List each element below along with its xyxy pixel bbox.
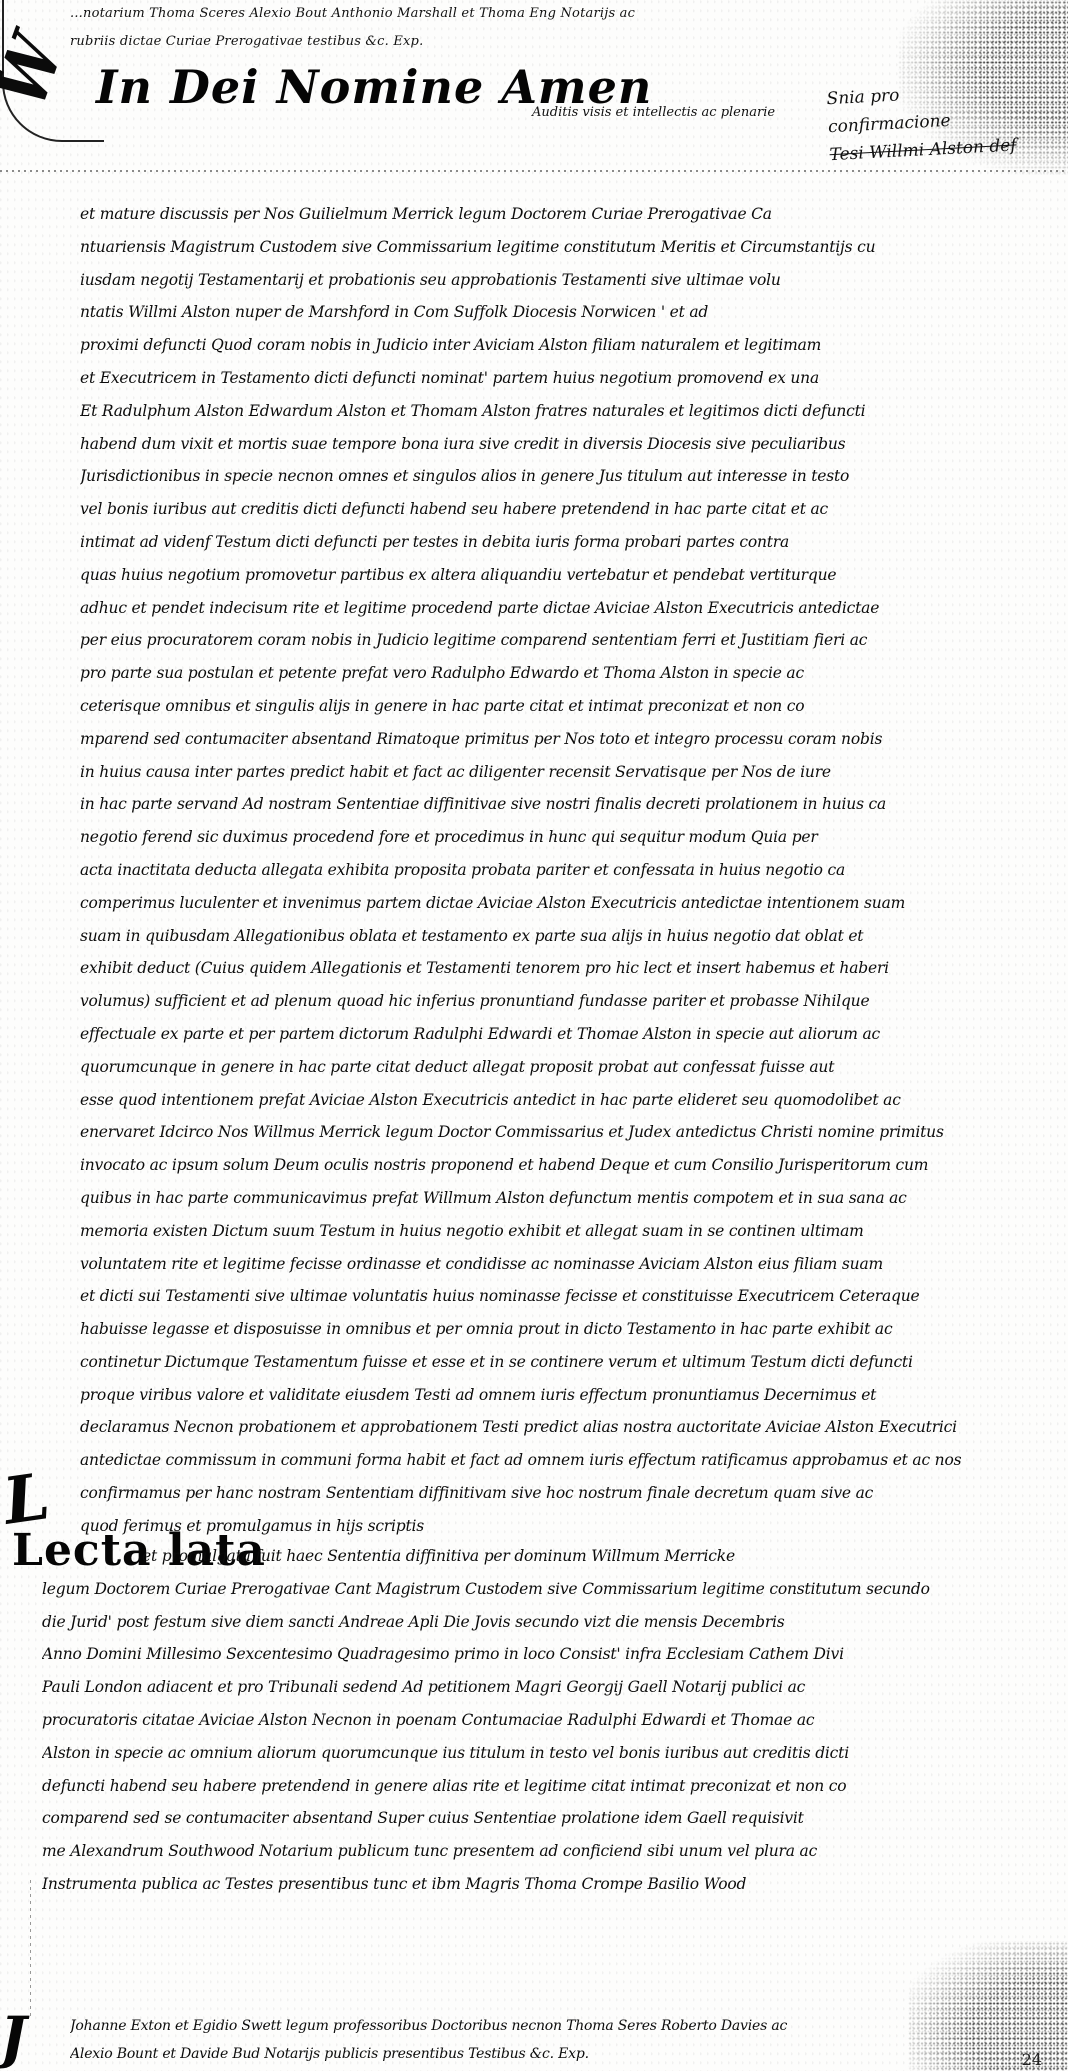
text-line: et Executricem in Testamento dicti defun…: [80, 362, 1050, 395]
text-line: enervaret Idcirco Nos Willmus Merrick le…: [80, 1116, 1050, 1149]
text-line: negotio ferend sic duximus procedend for…: [80, 821, 1050, 854]
text-line: declaramus Necnon probationem et approba…: [80, 1411, 1050, 1444]
scan-fold-line: [0, 170, 1068, 172]
text-line: Alston in specie ac omnium aliorum quoru…: [42, 1737, 1052, 1770]
text-line: mparend sed contumaciter absentand Rimat…: [80, 723, 1050, 756]
previous-entry-tail: ...notarium Thoma Sceres Alexio Bout Ant…: [70, 0, 830, 56]
text-line: voluntatem rite et legitime fecisse ordi…: [80, 1248, 1050, 1281]
text-line: Instrumenta publica ac Testes presentibu…: [42, 1868, 1052, 1901]
text-line: intimat ad videnf Testum dicti defuncti …: [80, 526, 1050, 559]
text-line: pro parte sua postulan et petente prefat…: [80, 657, 1050, 690]
text-line: volumus) sufficient et ad plenum quoad h…: [80, 985, 1050, 1018]
text-line: quas huius negotium promovetur partibus …: [80, 559, 1050, 592]
text-line: esse quod intentionem prefat Aviciae Als…: [80, 1084, 1050, 1117]
text-line: invocato ac ipsum solum Deum oculis nost…: [80, 1149, 1050, 1182]
margin-ruling: [30, 1880, 31, 2020]
text-line: et dicti sui Testamenti sive ultimae vol…: [80, 1280, 1050, 1313]
text-line: exhibit deduct (Cuius quidem Allegationi…: [80, 952, 1050, 985]
text-line: confirmamus per hanc nostram Sententiam …: [80, 1477, 1050, 1510]
text-line: ntatis Willmi Alston nuper de Marshford …: [80, 296, 1050, 329]
text-line: memoria existen Dictum suum Testum in hu…: [80, 1215, 1050, 1248]
text-line: in huius causa inter partes predict habi…: [80, 756, 1050, 789]
text-line: antedictae commissum in communi forma ha…: [80, 1444, 1050, 1477]
text-line: effectuale ex parte et per partem dictor…: [80, 1018, 1050, 1051]
text-line: ceterisque omnibus et singulis alijs in …: [80, 690, 1050, 723]
text-line: procuratoris citatae Aviciae Alston Necn…: [42, 1704, 1052, 1737]
text-line: Jurisdictionibus in specie necnon omnes …: [80, 460, 1050, 493]
text-line: vel bonis iuribus aut creditis dicti def…: [80, 493, 1050, 526]
text-line: Alexio Bount et Davide Bud Notarijs publ…: [70, 2040, 950, 2068]
text-line: legum Doctorem Curiae Prerogativae Cant …: [42, 1573, 1052, 1606]
text-line: defuncti habend seu habere pretendend in…: [42, 1770, 1052, 1803]
text-line: ntuariensis Magistrum Custodem sive Comm…: [80, 231, 1050, 264]
text-line: acta inactitata deducta allegata exhibit…: [80, 854, 1050, 887]
text-line: per eius procuratorem coram nobis in Jud…: [80, 624, 1050, 657]
heading-continuation: Auditis visis et intellectis ac plenarie: [532, 105, 775, 120]
witness-closing: Johanne Exton et Egidio Swett legum prof…: [70, 2012, 950, 2068]
promulgation-section: et promulgata fuit haec Sententia diffin…: [142, 1540, 1052, 1901]
margin-annotation: Snia pro confirmacione Tesi Willmi Alsto…: [826, 75, 1030, 169]
text-line: in hac parte servand Ad nostram Sententi…: [80, 788, 1050, 821]
text-line: me Alexandrum Southwood Notarium publicu…: [42, 1835, 1052, 1868]
text-line: Et Radulphum Alston Edwardum Alston et T…: [80, 395, 1050, 428]
text-line: Pauli London adiacent et pro Tribunali s…: [42, 1671, 1052, 1704]
manuscript-page: ...notarium Thoma Sceres Alexio Bout Ant…: [0, 0, 1068, 2071]
text-line: et promulgata fuit haec Sententia diffin…: [142, 1540, 1052, 1573]
text-line: habuisse legasse et disposuisse in omnib…: [80, 1313, 1050, 1346]
text-line: Anno Domini Millesimo Sexcentesimo Quadr…: [42, 1638, 1052, 1671]
text-line: suam in quibusdam Allegationibus oblata …: [80, 920, 1050, 953]
text-line: comperimus luculenter et invenimus parte…: [80, 887, 1050, 920]
text-line: proque viribus valore et validitate eius…: [80, 1379, 1050, 1412]
text-line: continetur Dictumque Testamentum fuisse …: [80, 1346, 1050, 1379]
text-line: die Jurid' post festum sive diem sancti …: [42, 1606, 1052, 1639]
text-line: et mature discussis per Nos Guilielmum M…: [80, 198, 1050, 231]
closing-decorated-initial: J: [0, 2005, 27, 2071]
text-line: comparend sed se contumaciter absentand …: [42, 1802, 1052, 1835]
text-line: iusdam negotij Testamentarij et probatio…: [80, 264, 1050, 297]
text-line: ...notarium Thoma Sceres Alexio Bout Ant…: [70, 0, 830, 28]
sentence-body: et mature discussis per Nos Guilielmum M…: [80, 198, 1050, 1543]
text-line: Johanne Exton et Egidio Swett legum prof…: [70, 2012, 950, 2040]
text-line: rubriis dictae Curiae Prerogativae testi…: [70, 28, 830, 56]
text-line: habend dum vixit et mortis suae tempore …: [80, 428, 1050, 461]
margin-note-line: Snia pro confirmacione: [826, 75, 1029, 141]
text-line: quibus in hac parte communicavimus prefa…: [80, 1182, 1050, 1215]
folio-number: 24: [1022, 2050, 1042, 2069]
text-line: proximi defuncti Quod coram nobis in Jud…: [80, 329, 1050, 362]
text-line: adhuc et pendet indecisum rite et legiti…: [80, 592, 1050, 625]
text-line: quorumcunque in genere in hac parte cita…: [80, 1051, 1050, 1084]
